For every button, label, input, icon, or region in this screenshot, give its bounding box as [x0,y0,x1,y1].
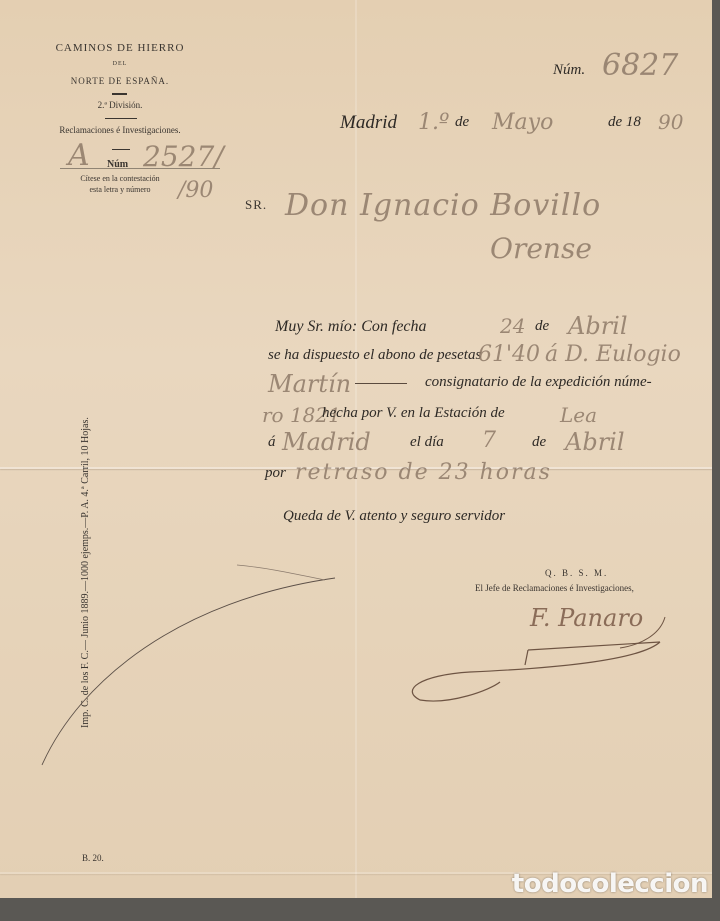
letter-document: CAMINOS DE HIERRO DEL NORTE DE ESPAÑA. 2… [0,0,712,898]
pen-strokes [0,0,712,898]
watermark-logo: todocoleccion [512,869,708,899]
